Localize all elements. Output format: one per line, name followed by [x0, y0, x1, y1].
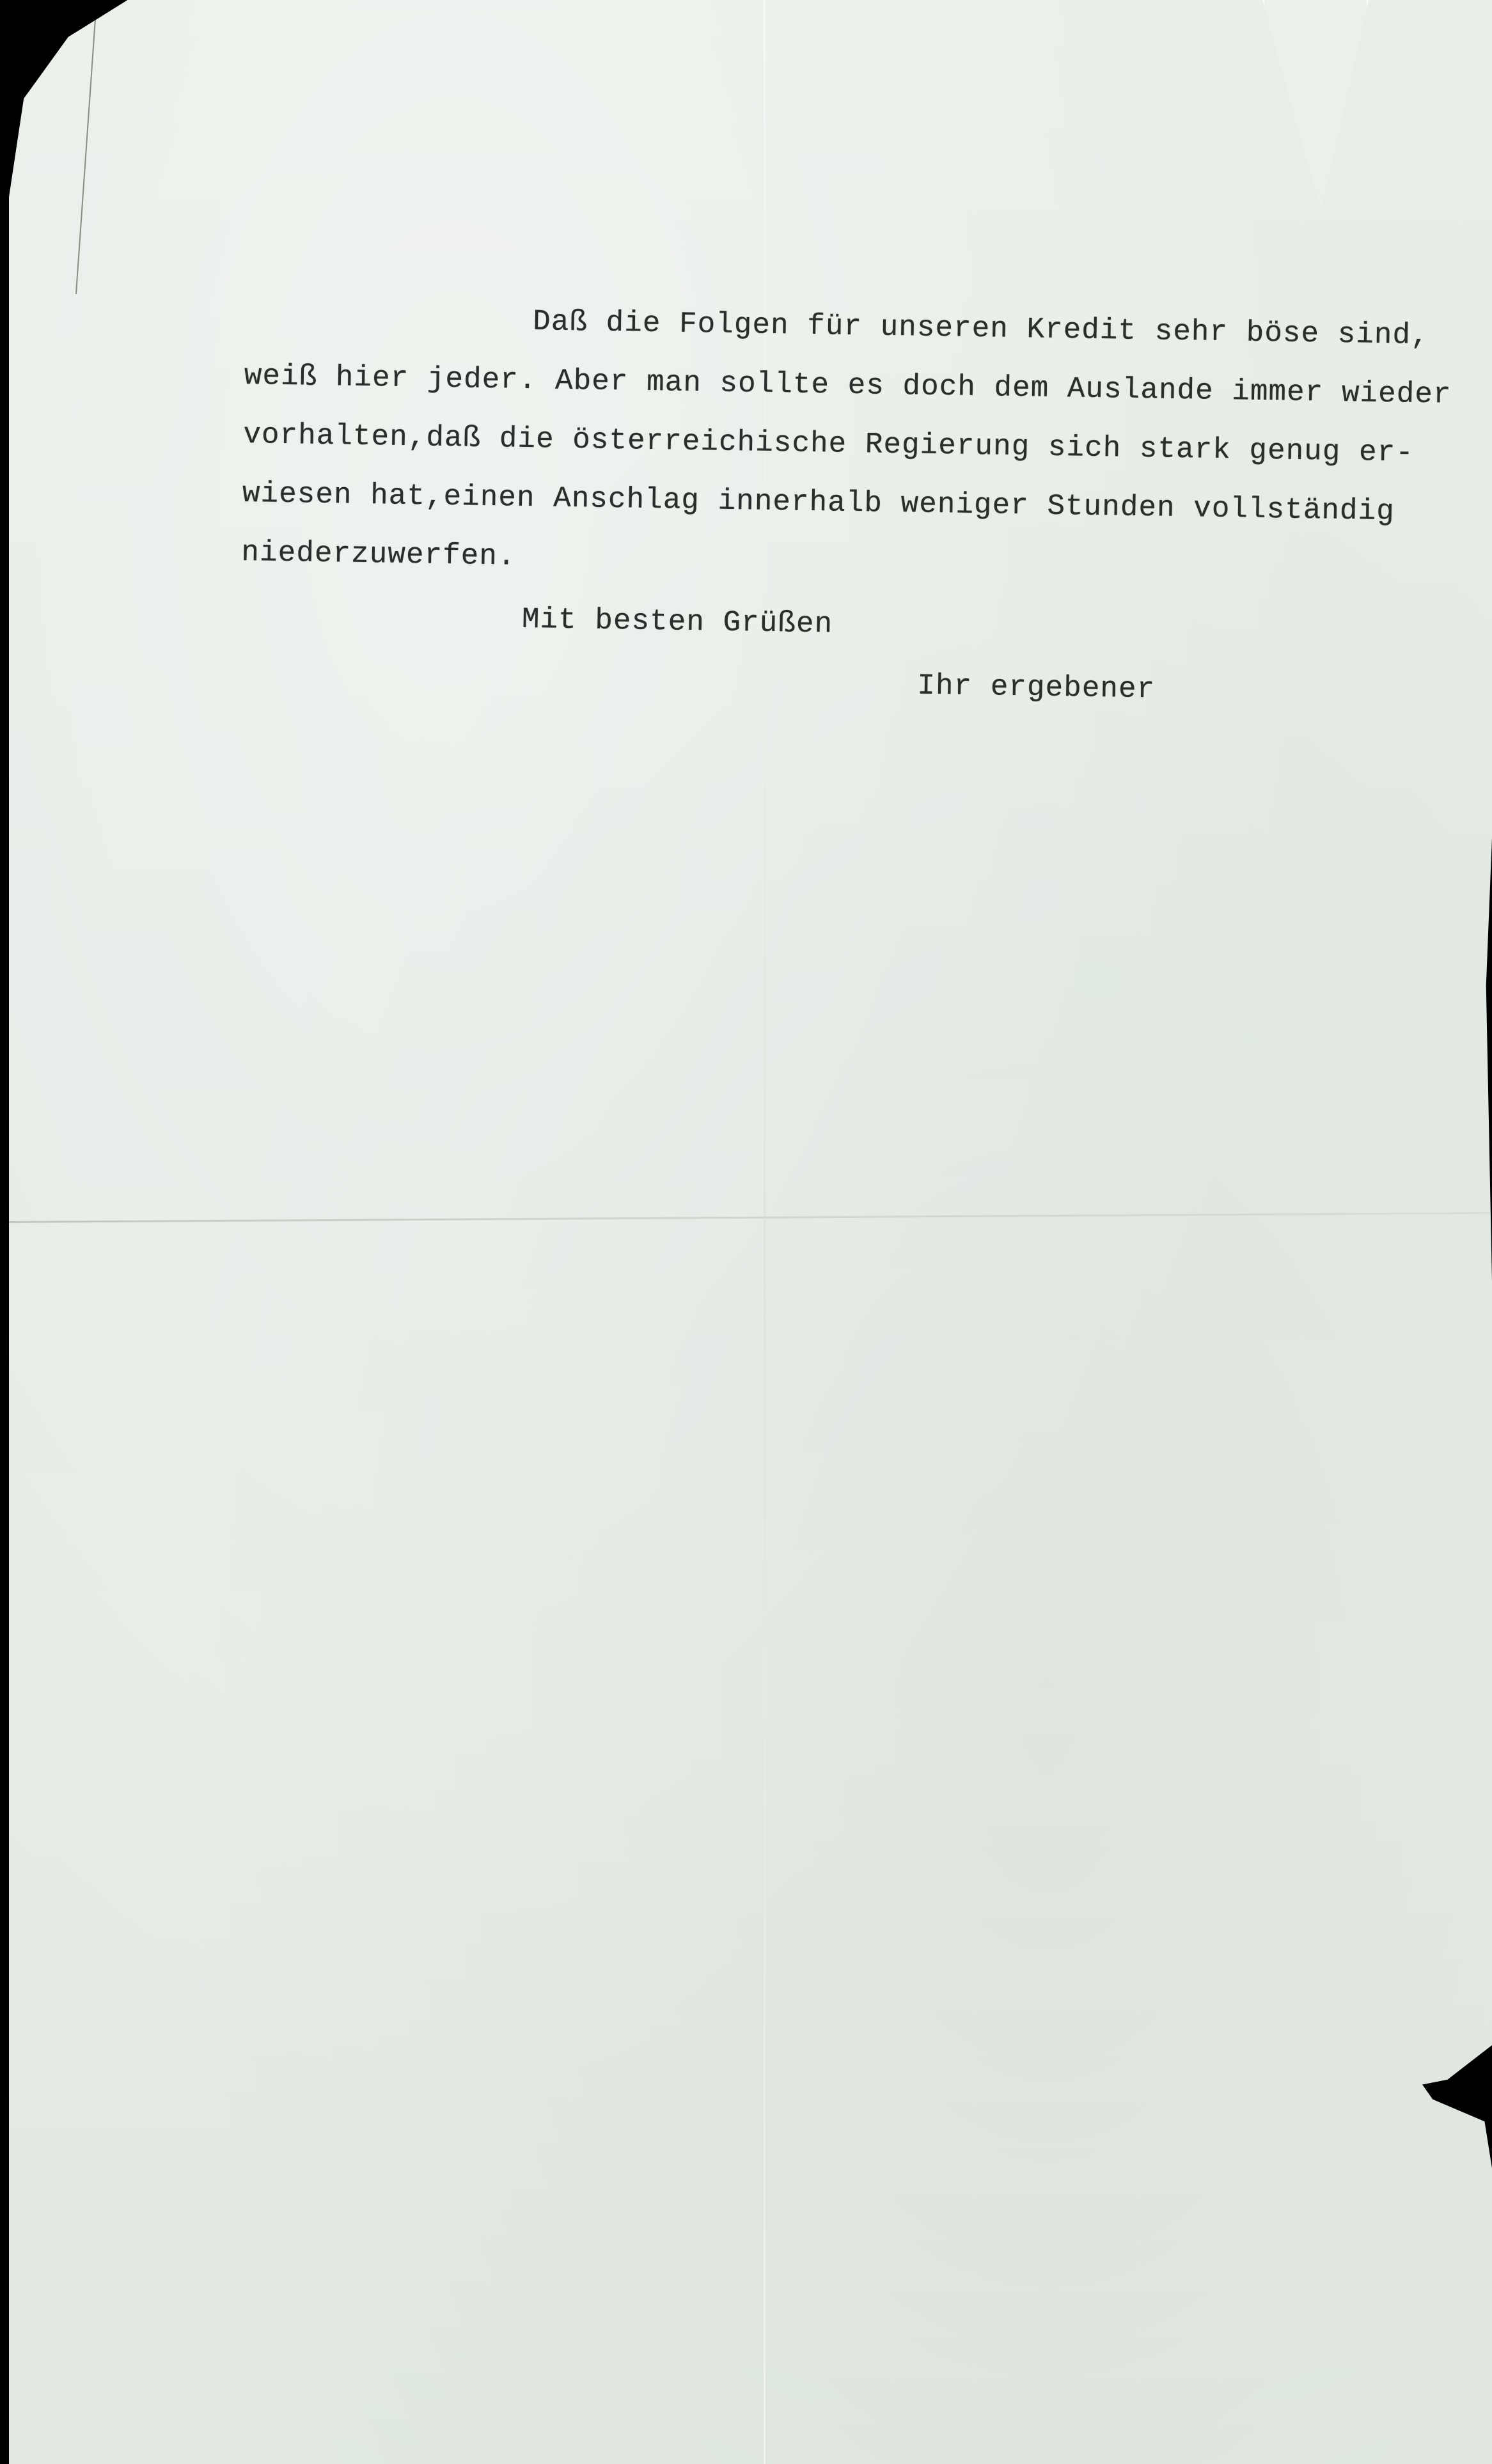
horizontal-fold-crease	[9, 1212, 1492, 1223]
paper-sheet: Daß die Folgen für unseren Kredit sehr b…	[9, 0, 1492, 2464]
left-edge-tear	[75, 0, 101, 294]
letter-body: Daß die Folgen für unseren Kredit sehr b…	[239, 288, 1492, 724]
top-right-corner-fold	[1262, 0, 1369, 211]
